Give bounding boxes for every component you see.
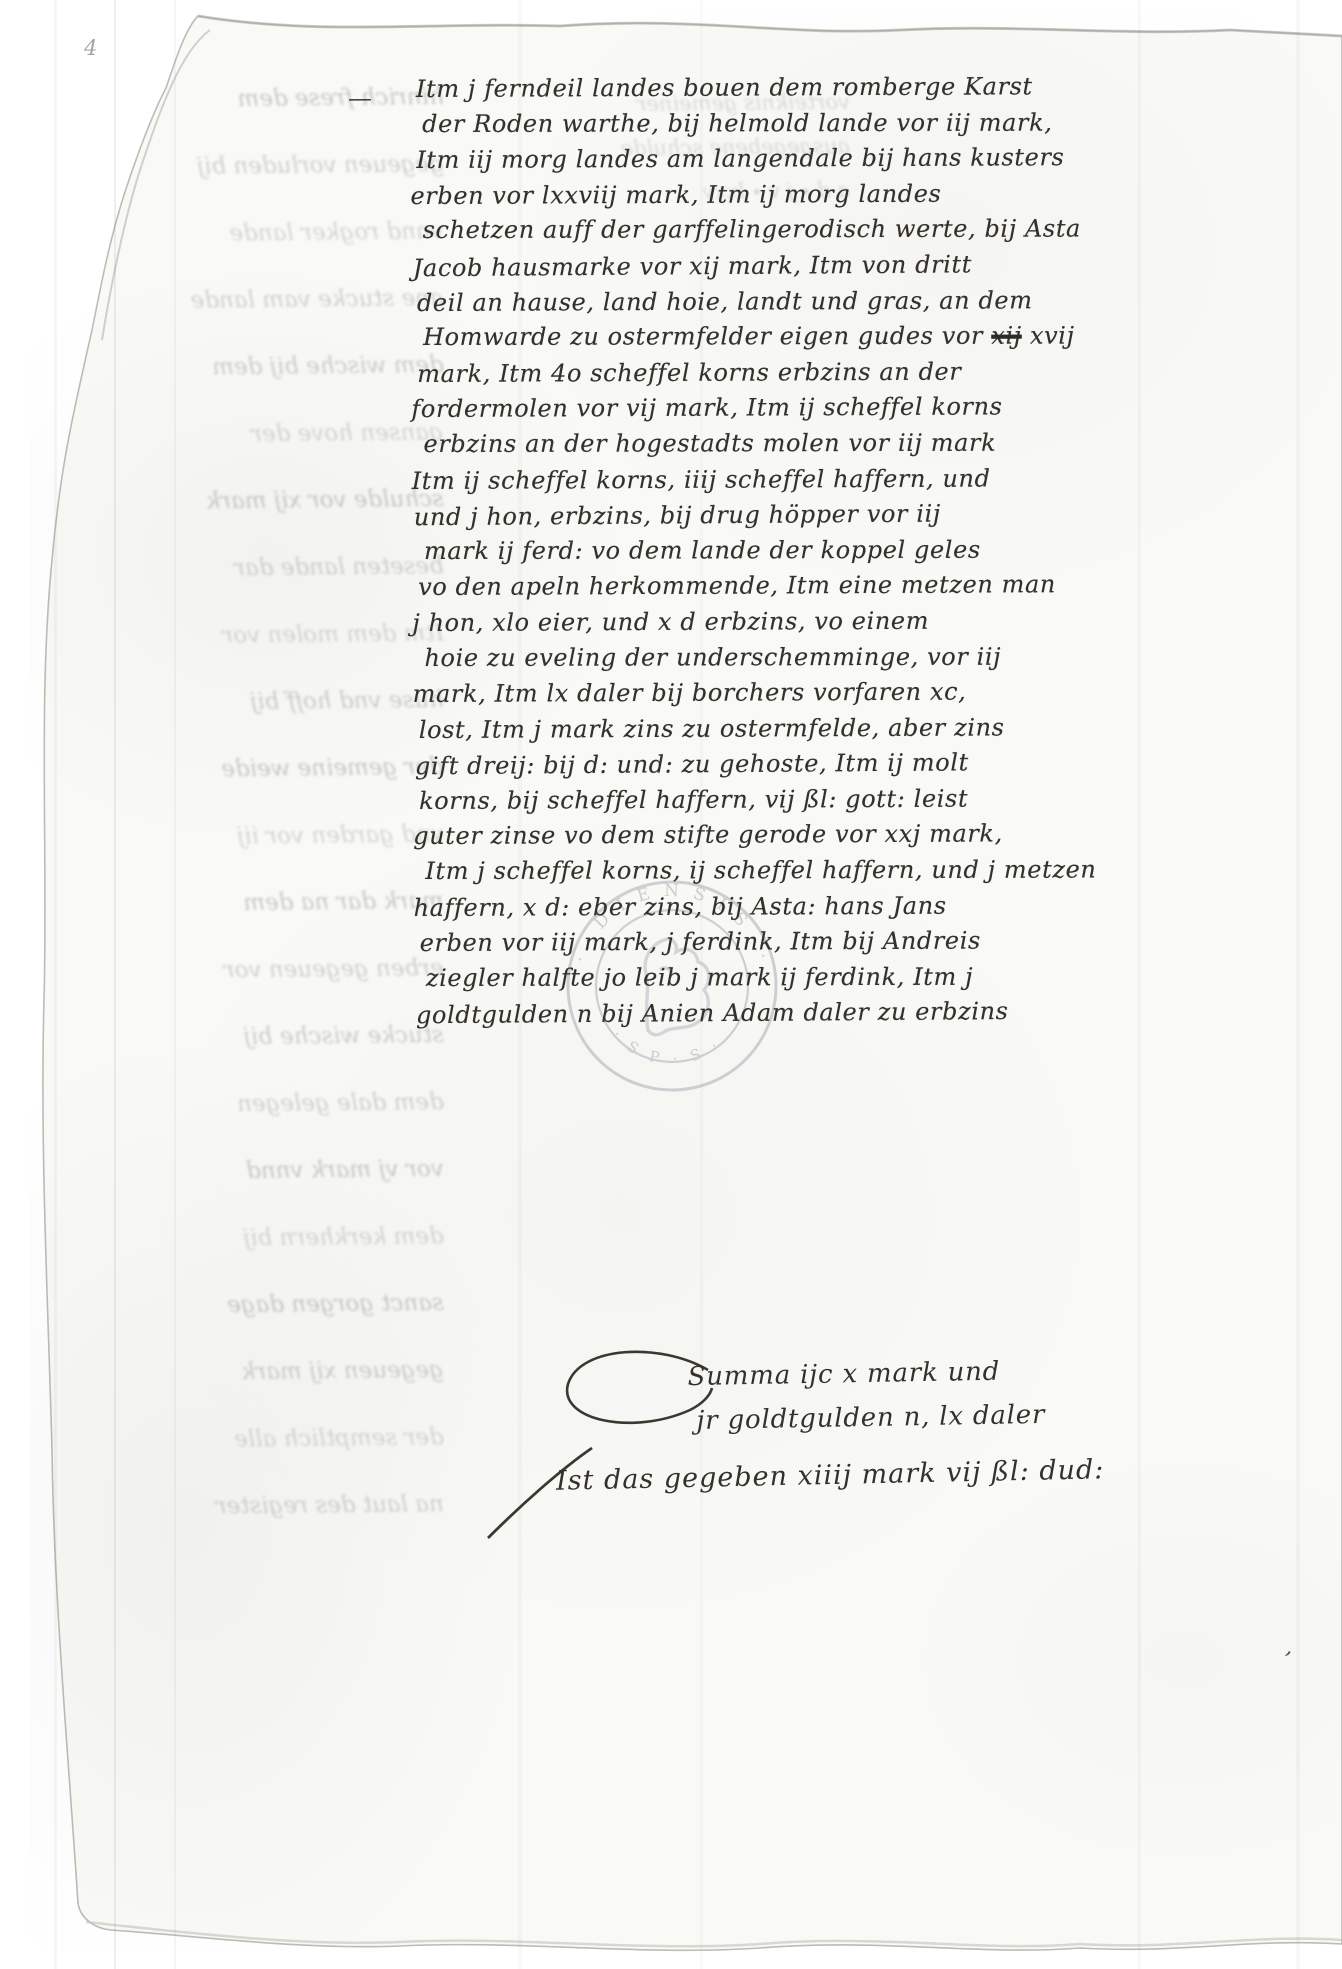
text-line: mark ij ferd: vo dem lande der koppel ge… bbox=[424, 532, 1332, 570]
text-line: erben vor iij mark, j ferdink, Itm bij A… bbox=[420, 922, 1334, 962]
text-line: Itm iij morg landes am langendale bij ha… bbox=[416, 139, 1330, 179]
text-line: j hon, xlo eier, und x d erbzins, vo ein… bbox=[412, 602, 1332, 642]
bleedthrough-line: stucke wische bij bbox=[58, 1022, 445, 1093]
text-line: guter zinse vo dem stifte gerode vor xxj… bbox=[413, 815, 1333, 855]
stamp-ring-text: · S P · S · bbox=[609, 1026, 726, 1068]
bleedthrough-line: gegeuen xij mark bbox=[58, 1357, 445, 1428]
text-line: Itm j scheffel korns, ij scheffel haffer… bbox=[425, 852, 1333, 890]
text-line: deil an hause, land hoie, landt und gras… bbox=[417, 282, 1331, 322]
text-segment: xvij bbox=[1022, 322, 1075, 350]
pencil-page-mark: 4 bbox=[84, 36, 97, 60]
bleedthrough-line: erben gegeuen vor bbox=[82, 955, 445, 1026]
text-line: korns, bij scheffel haffern, vij ßl: got… bbox=[419, 780, 1333, 820]
bleedthrough-line: gegeuen vorluden bij bbox=[82, 151, 445, 222]
text-line: haffern, x d: eber zins, bij Asta: hans … bbox=[413, 887, 1333, 927]
text-line: der Roden warthe, bij helmold lande vor … bbox=[422, 105, 1330, 143]
text-line: ziegler halfte jo leib j mark ij ferdink… bbox=[426, 959, 1334, 997]
struck-word: xij bbox=[991, 322, 1022, 350]
scanned-manuscript-page: 4 hinrich frese dem gegeuen vorluden bij… bbox=[0, 0, 1342, 1969]
text-line: lost, Itm j mark zins zu ostermfelde, ab… bbox=[419, 709, 1333, 749]
bleedthrough-line: vnd garden vor iij bbox=[130, 821, 445, 891]
text-line: Itm j ferndeil landes bouen dem romberge… bbox=[416, 68, 1330, 108]
bleedthrough-line: beseten lande dar bbox=[82, 553, 445, 624]
text-line: gift dreij: bij d: und: zu gehoste, Itm … bbox=[415, 743, 1333, 785]
summary-block: Summa ijc x mark und jr goldtgulden n, l… bbox=[687, 1349, 1045, 1443]
text-line: Itm ij scheffel korns, iiij scheffel haf… bbox=[412, 460, 1332, 500]
bleedthrough-line: hinrich frese dem bbox=[44, 84, 445, 155]
bleedthrough-line: schulde vor xij mark bbox=[44, 486, 445, 557]
summary-line-2: jr goldtgulden n, lx daler bbox=[696, 1393, 1046, 1443]
bleedthrough-line: gansen hove der bbox=[130, 419, 445, 489]
text-line: Jacob hausmarke vor xij mark, Itm von dr… bbox=[413, 245, 1331, 287]
bleedthrough-line: ane stucke vam lande bbox=[82, 285, 445, 356]
text-line: und j hon, erbzins, bij drug höpper vor … bbox=[414, 494, 1332, 536]
manuscript-text-block: — Itm j ferndeil landes bouen dem romber… bbox=[410, 68, 1334, 1033]
bleedthrough-line: der gemeine weide bbox=[44, 754, 445, 825]
text-line: mark, Itm lx daler bij borchers vorfaren… bbox=[413, 673, 1333, 713]
text-line-with-correction: Homwarde zu ostermfelder eigen gudes vor… bbox=[423, 318, 1331, 356]
text-line: mark, Itm 4o scheffel korns erbzins an d… bbox=[417, 353, 1331, 393]
svg-text:· S P · S ·: · S P · S · bbox=[609, 1026, 726, 1068]
bleedthrough-line: huse vnd hoff bij bbox=[58, 687, 445, 758]
text-line: erben vor lxxviij mark, Itm ij morg land… bbox=[410, 175, 1330, 215]
bleedthrough-line: dem wische bij dem bbox=[58, 352, 445, 423]
text-line: goldtgulden n bij Anien Adam daler zu er… bbox=[416, 992, 1334, 1034]
bleedthrough-line: vor vj mark vnnd bbox=[44, 1156, 445, 1227]
bleedthrough-line: der semptlich alle bbox=[130, 1424, 445, 1494]
bleedthrough-line: Itm dem molen vor bbox=[130, 620, 445, 690]
bleedthrough-line: na laut des register bbox=[82, 1491, 445, 1562]
text-line: fordermolen vor vij mark, Itm ij scheffe… bbox=[411, 388, 1331, 428]
text-line: erbzins an der hogestadts molen vor iij … bbox=[423, 425, 1331, 463]
bleedthrough-line: dem kerkhern bij bbox=[130, 1223, 445, 1293]
text-segment: Homwarde zu ostermfelder eigen gudes vor bbox=[423, 322, 991, 351]
text-line: schetzen auff der garffelingerodisch wer… bbox=[423, 211, 1331, 249]
bleedthrough-line: mark dar na dem bbox=[44, 888, 445, 959]
text-line: hoie zu eveling der underschemminge, vor… bbox=[424, 638, 1332, 676]
text-line: vo den apeln herkommende, Itm eine metze… bbox=[418, 566, 1332, 606]
lead-dash: — bbox=[348, 84, 372, 112]
bleedthrough-line: dem dale gelegen bbox=[82, 1089, 445, 1160]
summary-line-1: Summa ijc x mark und bbox=[687, 1349, 1045, 1399]
bleedthrough-block: hinrich frese dem gegeuen vorluden bij v… bbox=[44, 86, 444, 1560]
bleedthrough-line: sanct gorgen dage bbox=[44, 1290, 445, 1361]
bleedthrough-line: vnnd rogker lande bbox=[130, 218, 445, 288]
